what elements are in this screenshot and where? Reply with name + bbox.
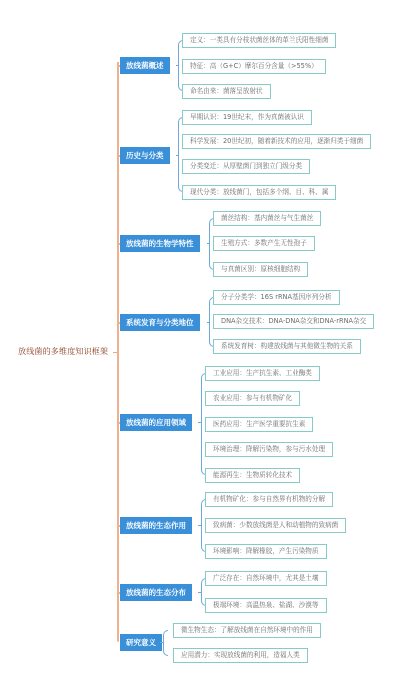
leaf-node[interactable]: 农业应用：参与有机物矿化 — [205, 391, 300, 406]
branch-node-biology[interactable]: 放线菌的生物学特性 — [120, 235, 200, 252]
leaf-node[interactable]: DNA杂交技术：DNA-DNA杂交和DNA-rRNA杂交 — [213, 314, 374, 329]
branch-node-ecological-role[interactable]: 放线菌的生态作用 — [120, 517, 192, 534]
leaf-node[interactable]: 分类变迁：从厚壁菌门到独立门级分类 — [182, 159, 310, 174]
trunk-line — [117, 62, 119, 642]
leaf-node[interactable]: 医药应用：生产医学重要抗生素 — [205, 417, 313, 432]
leaf-node[interactable]: 有机物矿化：参与自然界有机物的分解 — [205, 492, 333, 507]
root-node[interactable]: 放线菌的多维度知识框架 — [18, 346, 108, 357]
leaf-bracket — [178, 117, 183, 192]
leaf-node[interactable]: 与真菌区别：原核细胞结构 — [213, 262, 308, 277]
branch-node-distribution[interactable]: 放线菌的生态分布 — [120, 584, 192, 601]
leaf-node[interactable]: 系统发育树：构建放线菌与其他微生物的关系 — [213, 339, 361, 354]
leaf-node[interactable]: 环境影响：降解橡胶，产生污染物质 — [205, 544, 327, 559]
leaf-node[interactable]: 菌丝结构：基内菌丝与气生菌丝 — [213, 211, 321, 226]
branch-node-applications[interactable]: 放线菌的应用领域 — [120, 414, 192, 431]
leaf-node[interactable]: 环境治理：降解污染物，参与污水处理 — [205, 442, 333, 457]
leaf-node[interactable]: 工业应用：生产抗生素、工业酶类 — [205, 366, 320, 381]
leaf-node[interactable]: 特征：高（G+C）摩尔百分含量（>55%） — [182, 59, 326, 74]
leaf-node[interactable]: 极端环境：高温热泉、盐湖、沙漠等 — [205, 598, 327, 613]
branch-node-phylogeny[interactable]: 系统发育与分类地位 — [120, 314, 200, 331]
leaf-node[interactable]: 能源再生：生物质转化技术 — [205, 468, 300, 483]
leaf-node[interactable]: 致病菌：少数放线菌是人和动植物的致病菌 — [205, 518, 346, 533]
leaf-node[interactable]: 定义：一类具有分枝状菌丝体的革兰氏阳性细菌 — [182, 33, 336, 48]
leaf-bracket — [163, 630, 168, 656]
leaf-node[interactable]: 分子分类学：16S rRNA基因序列分析 — [213, 290, 340, 305]
leaf-node[interactable]: 生殖方式：多数产生无性孢子 — [213, 236, 315, 251]
leaf-node[interactable]: 早期认识：19世纪末，作为真菌被认识 — [182, 110, 312, 125]
leaf-node[interactable]: 科学发展：20世纪初，随着新技术的应用，逐渐归类于细菌 — [182, 134, 371, 149]
leaf-node[interactable]: 应用潜力：实现放线菌的利用，造福人类 — [173, 648, 308, 663]
leaf-node[interactable]: 命名由来：菌落呈放射状 — [182, 84, 271, 99]
branch-node-history[interactable]: 历史与分类 — [120, 147, 170, 164]
leaf-node[interactable]: 广泛存在：自然环境中，尤其是土壤 — [205, 571, 327, 586]
leaf-node[interactable]: 现代分类：放线菌门，包括多个纲、目、科、属 — [182, 185, 336, 200]
branch-node-significance[interactable]: 研究意义 — [120, 634, 162, 651]
leaf-node[interactable]: 微生物生态：了解放线菌在自然环境中的作用 — [173, 623, 321, 638]
branch-node-overview[interactable]: 放线菌概述 — [120, 57, 170, 74]
